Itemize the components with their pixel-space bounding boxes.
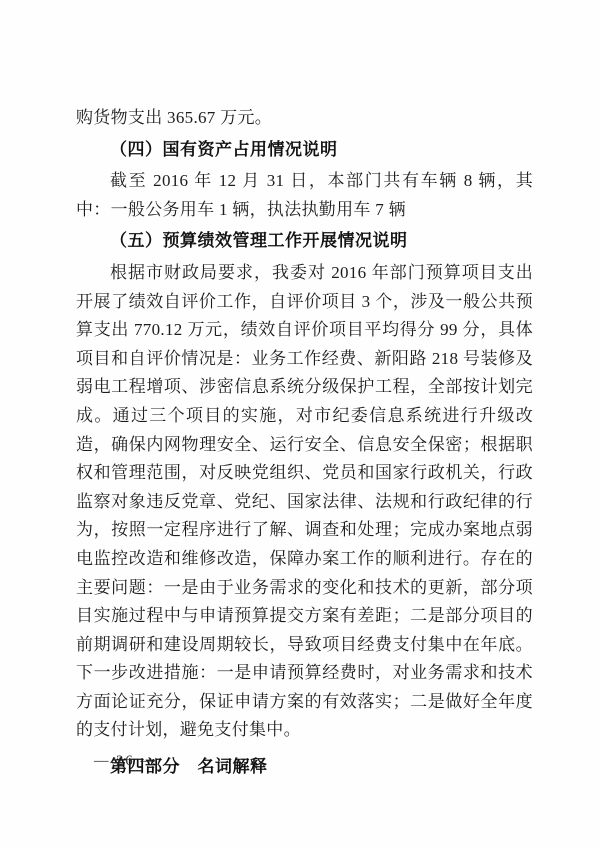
document-content: 购货物支出 365.67 万元。 （四）国有资产占用情况说明 截至 2016 年…	[76, 0, 533, 782]
document-page: 购货物支出 365.67 万元。 （四）国有资产占用情况说明 截至 2016 年…	[0, 0, 600, 848]
paragraph-vehicles: 截至 2016 年 12 月 31 日，本部门共有车辆 8 辆，其中：一般公务用…	[76, 167, 533, 224]
section-heading-state-assets: （四）国有资产占用情况说明	[76, 136, 533, 165]
section-heading-budget-performance: （五）预算绩效管理工作开展情况说明	[76, 227, 533, 256]
paragraph-performance-evaluation: 根据市财政局要求，我委对 2016 年部门预算项目支出开展了绩效自评价工作，自评…	[76, 259, 533, 745]
paragraph-continuation: 购货物支出 365.67 万元。	[76, 104, 533, 133]
page-number: — 26 —	[94, 753, 157, 770]
